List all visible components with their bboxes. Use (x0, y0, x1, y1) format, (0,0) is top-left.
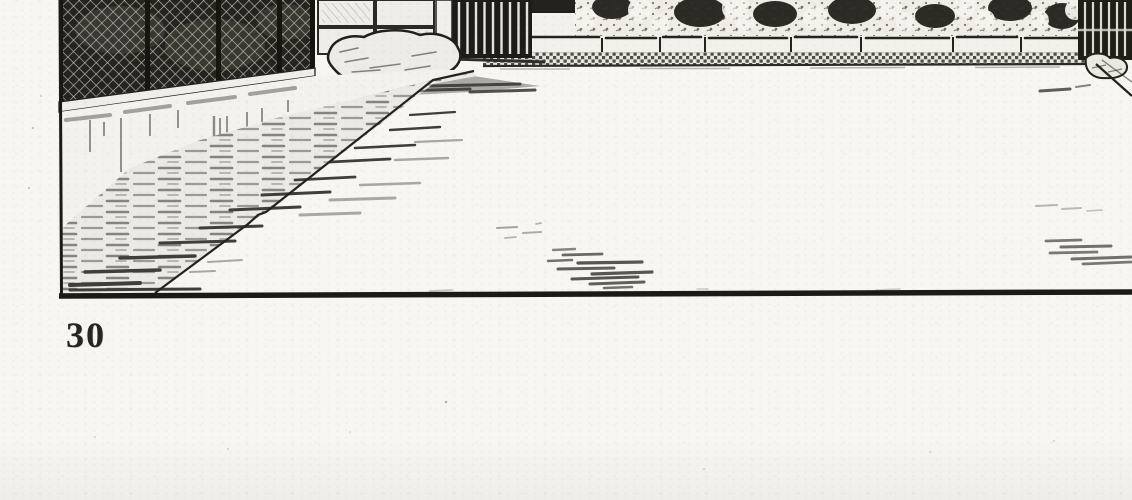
panel-border-bottom (59, 292, 1132, 296)
manga-page: 30 (0, 0, 1132, 500)
smudge-cluster-b (548, 249, 652, 288)
panel-border-left (60, 0, 62, 296)
right-gate-ground-dashes (1040, 85, 1090, 91)
low-wall (482, 36, 1086, 52)
ground-smudges (430, 205, 1131, 291)
gate-bars (452, 0, 545, 62)
page-number: 30 (66, 317, 106, 353)
low-wall-edges (482, 37, 1084, 38)
checkered-curb (483, 52, 1085, 69)
smudge-cluster-c (1036, 205, 1102, 211)
panel-illustration (0, 0, 1132, 500)
curb-ground-shadow (500, 67, 1060, 69)
smudge-cluster-a (497, 223, 541, 238)
smudge-cluster-d (1046, 240, 1131, 264)
signboard (526, 12, 578, 39)
